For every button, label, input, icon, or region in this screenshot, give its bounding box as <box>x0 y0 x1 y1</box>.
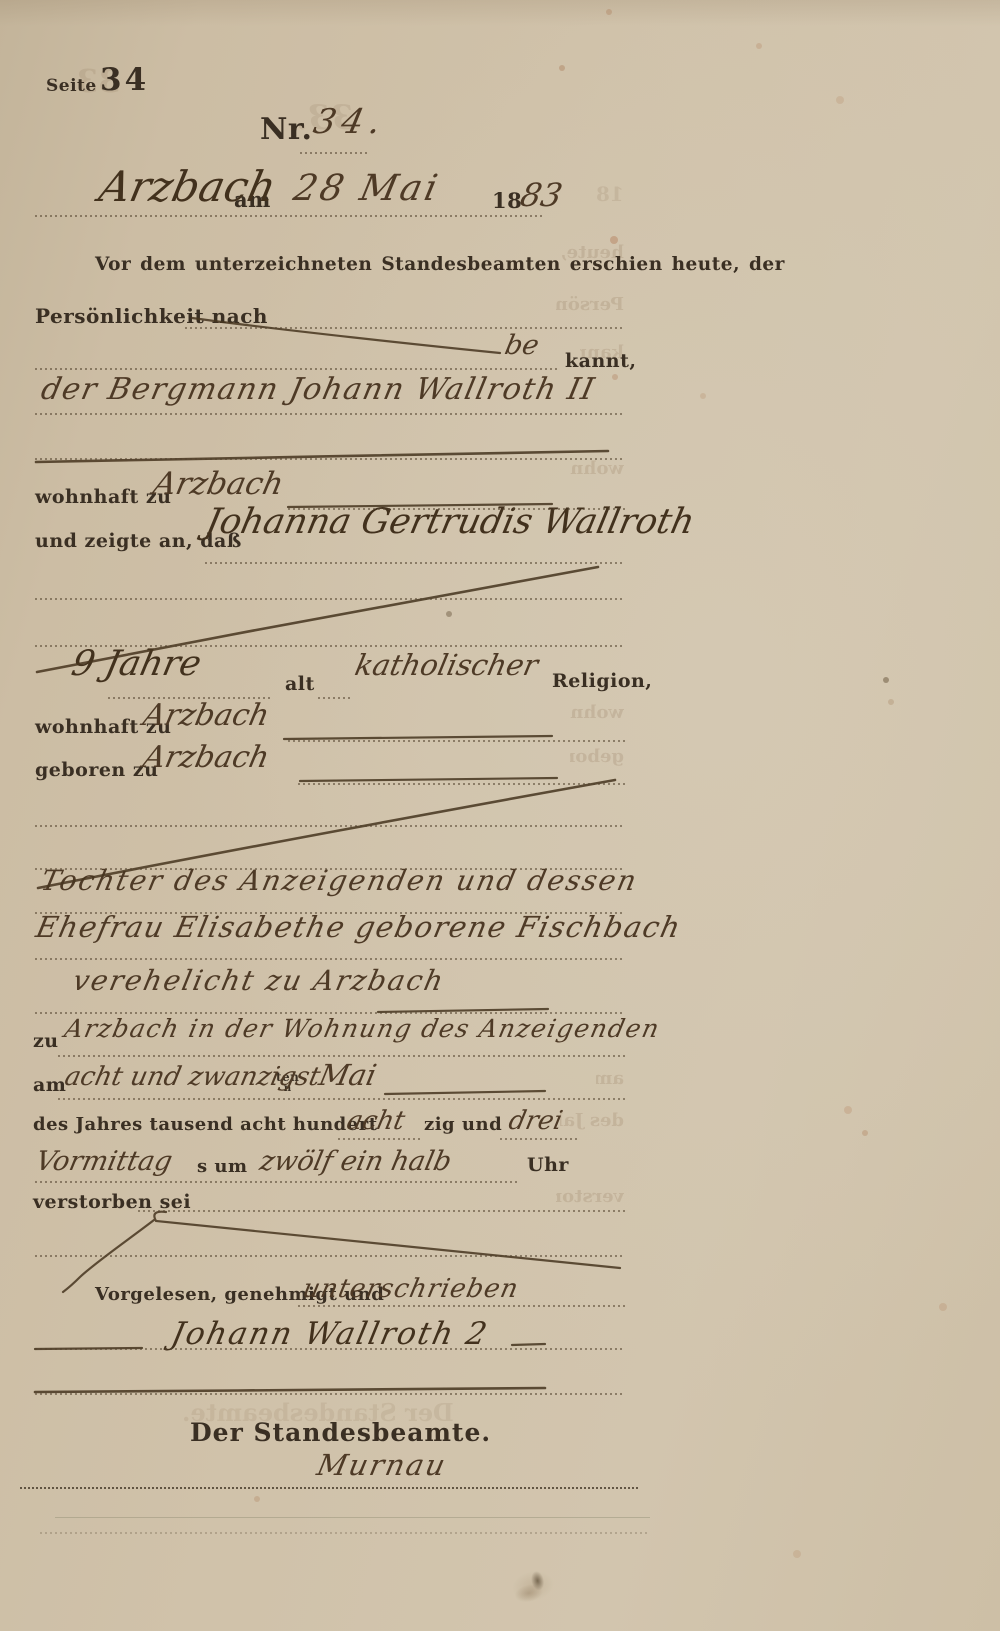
form-ruled-line <box>500 1138 580 1140</box>
fill-line-mai <box>385 1091 545 1094</box>
fill-line-geboren <box>300 778 557 781</box>
form-ruled-line <box>318 697 352 699</box>
place-dateline: Arzbach <box>95 162 280 211</box>
form-ruled-line <box>35 1348 625 1350</box>
form-ruled-line <box>35 868 625 870</box>
ink-strokes <box>0 0 1000 1631</box>
wohnhaft-place-1: Arzbach <box>150 466 287 502</box>
form-ruled-line <box>20 1487 640 1489</box>
standesbeamte-label: Der Standesbeamte. <box>190 1418 491 1447</box>
jahr-hand-1: acht <box>344 1106 408 1136</box>
signature-declarant: Johann Wallroth 2 <box>168 1316 492 1352</box>
alt-label: alt <box>285 673 315 695</box>
geboren-place: Arzbach <box>140 740 272 775</box>
form-ruled-line <box>58 1098 625 1100</box>
strike-blank-line-2 <box>35 1388 545 1392</box>
form-ruled-line <box>35 645 625 647</box>
form-ruled-line <box>298 1305 625 1307</box>
declarant-line: der Bergmann Johann Wallroth II <box>38 372 598 407</box>
am2-label: am <box>33 1074 66 1096</box>
intro-line: Vor dem unterzeichneten Standesbeamten e… <box>95 254 785 275</box>
time-print-1: s um <box>197 1156 248 1177</box>
form-ruled-line <box>108 697 270 699</box>
page-number: 34 <box>100 62 149 98</box>
kannt-label: kannt, <box>565 350 637 372</box>
form-ruled-line <box>35 958 625 960</box>
bleed-wohnhaft-1: wohnhaft zu <box>570 458 624 479</box>
parents-line-2: Ehefrau Elisabethe geborene Fischbach <box>33 910 685 944</box>
form-ruled-line <box>35 215 545 217</box>
form-ruled-line <box>35 368 560 370</box>
form-ruled-line <box>35 912 625 914</box>
form-ruled-line <box>288 740 625 742</box>
bleed-persoenlichkeit: Persönlichkeit nach <box>556 294 624 315</box>
bleed-wohnhaft-2: wohnhaft zu <box>570 702 624 723</box>
time-hand-1: Vormittag <box>33 1146 175 1177</box>
form-ruled-line <box>35 413 625 415</box>
ink-smudge <box>493 1553 572 1618</box>
form-ruled-line <box>35 458 625 460</box>
form-ruled-line <box>35 1012 625 1014</box>
form-ruled-line <box>300 152 370 154</box>
form-ruled-line <box>35 598 625 600</box>
form-ruled-line <box>35 1181 520 1183</box>
strike-blank-line-1 <box>36 451 608 462</box>
death-month-handwritten: Mai <box>316 1058 379 1092</box>
form-ruled-line <box>288 508 625 510</box>
day-month: 28 Mai <box>290 168 444 209</box>
form-ruled-line <box>35 1393 625 1395</box>
persoenlichkeit-label: Persönlichkeit nach <box>35 304 268 328</box>
form-ruled-line <box>35 825 625 827</box>
foxing-spots <box>0 0 4 4</box>
zu-label: zu <box>33 1030 59 1052</box>
be-handwritten: be <box>502 330 542 361</box>
form-ruled-line <box>58 1055 625 1057</box>
strike-verstorben-top <box>154 1212 620 1268</box>
jahr-print-2: zig und <box>424 1114 502 1135</box>
death-day-handwritten: acht und zwanzigst <box>62 1062 323 1092</box>
age-handwritten: 9 Jahre <box>68 644 205 684</box>
death-register-page: 33 33. 18 heute, der Persönlichkeit nach… <box>0 0 1000 1631</box>
faint-ghost-line <box>55 1517 650 1518</box>
bleed-geboren: geboren zu <box>570 746 624 767</box>
nr-value-handwritten: 34. <box>310 102 391 142</box>
time-hand-2: zwölf ein halb <box>257 1146 454 1177</box>
unterschrieben-handwritten: unterschrieben <box>300 1274 522 1304</box>
religion-label: Religion, <box>552 670 652 692</box>
death-place-handwritten: Arzbach in der Wohnung des Anzeigenden <box>62 1014 663 1043</box>
bleed-am: am <box>596 1068 624 1089</box>
time-print-2: Uhr <box>527 1154 569 1176</box>
form-ruled-line <box>138 1210 625 1212</box>
form-ruled-line <box>338 1138 420 1140</box>
form-ruled-line <box>40 1532 650 1534</box>
form-ruled-line <box>35 1255 625 1257</box>
form-ruled-line <box>298 783 625 785</box>
jahr-hand-2: drei <box>506 1106 565 1136</box>
fill-line-signature-right <box>512 1344 545 1345</box>
seite-label: Seite <box>46 76 97 96</box>
form-ruled-line <box>205 562 625 564</box>
bleed-jahres: des Jahres <box>560 1110 624 1131</box>
fill-line-wohnhaft-2 <box>284 736 552 739</box>
parents-line-3: verehelicht zu Arzbach <box>70 964 448 997</box>
bleed-century: 18 <box>596 182 624 206</box>
signature-official: Murnau <box>314 1448 450 1482</box>
jahr-print-1: des Jahres tausend acht hundert <box>33 1114 378 1135</box>
religion-handwritten: katholischer <box>352 648 541 682</box>
bleed-verstorben: verstorben sei <box>556 1186 624 1207</box>
wohnhaft-place-2: Arzbach <box>140 698 272 733</box>
year-handwritten: 83 <box>517 176 566 214</box>
form-ruled-line <box>185 327 625 329</box>
nr-label: Nr. <box>260 112 312 147</box>
